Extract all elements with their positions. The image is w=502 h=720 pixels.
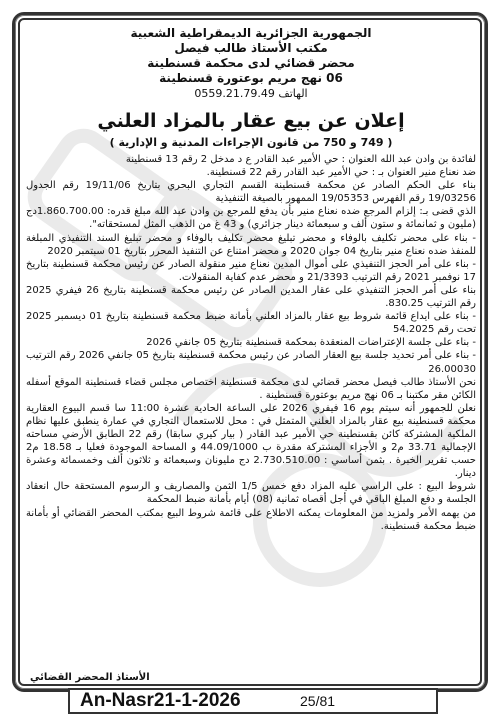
body-paragraph: - بناء على أمر الحجز التنفيذي على أموال … [26, 258, 476, 284]
body-paragraph: - بناء على محضر تكليف بالوفاء و محضر تبل… [26, 232, 476, 258]
header-phone: الهاتف 0559.21.79.49 [26, 86, 476, 101]
body-paragraph: بناء على أمر الحجز التنفيذي على عقار الم… [26, 284, 476, 310]
body-paragraph: - بناء على جلسة الإعتراضات المنعقدة بمحك… [26, 336, 476, 349]
body-paragraph: لفائدة بن وادن عبد الله العنوان : حي الأ… [26, 153, 476, 166]
header-republic: الجمهورية الجزائرية الديمقراطية الشعبية [26, 26, 476, 41]
body-paragraph: بناء على الحكم الصادر عن محكمة قسنطينة ا… [26, 179, 476, 205]
announcement-subtitle: ( 749 و 750 من قانون الإجراءات المدنية و… [26, 136, 476, 150]
signature: الأستاذ المحضر القضائي [30, 672, 150, 683]
body-paragraph: شروط البيع : على الراسي عليه المزاد دفع … [26, 480, 476, 506]
body-paragraph: من يهمه الأمر ولمزيد من المعلومات يمكنه … [26, 507, 476, 533]
header-role: محضر قضائي لدى محكمة قسنطينة [26, 56, 476, 71]
announcement-title: إعلان عن بيع عقار بالمزاد العلني [26, 109, 476, 133]
announcement-body: لفائدة بن وادن عبد الله العنوان : حي الأ… [26, 153, 476, 533]
announcement-number: 25/81 [300, 693, 335, 709]
body-paragraph: - بناء على ايداع قائمة شروط بيع عقار بال… [26, 310, 476, 336]
body-paragraph: نحن الأستاذ طالب فيصل محضر قضائي لدى محك… [26, 376, 476, 402]
body-paragraph: الذي قضى بـ: إلزام المرجع ضده نعناع منير… [26, 205, 476, 231]
body-paragraph: - بناء على أمر تحديد جلسة بيع العقار الص… [26, 349, 476, 375]
body-paragraph: ضد نعناع منير العنوان بـ : حي الأمير عبد… [26, 166, 476, 179]
header-address: 06 نهج مريم بوعتورة قسنطينة [26, 71, 476, 86]
header-office: مكتب الأستاذ طالب فيصل [26, 41, 476, 56]
body-paragraph: نعلن للجمهور أنه سيتم يوم 16 فيفري 2026 … [26, 402, 476, 481]
footer-publication-box: An-Nasr21-1-2026 25/81 [68, 688, 438, 714]
publication-reference: An-Nasr21-1-2026 [80, 690, 300, 712]
announcement-content: الجمهورية الجزائرية الديمقراطية الشعبية … [26, 26, 476, 533]
header-block: الجمهورية الجزائرية الديمقراطية الشعبية … [26, 26, 476, 101]
